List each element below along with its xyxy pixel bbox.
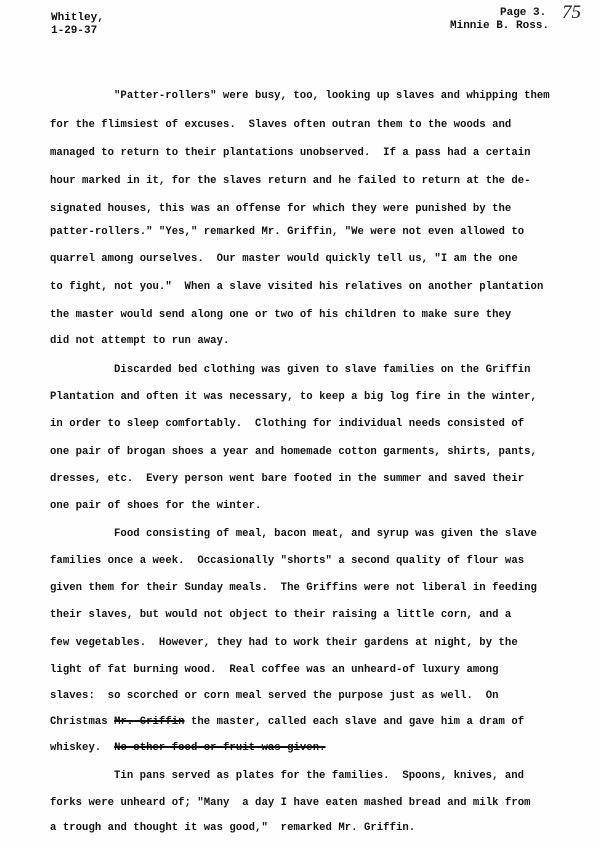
text-line: Discarded bed clothing was given to slav… bbox=[114, 364, 530, 376]
struck-text: No other food or fruit was given. bbox=[114, 742, 325, 754]
text-line: families once a week. Occasionally "shor… bbox=[50, 555, 524, 567]
text-line: dresses, etc. Every person went bare foo… bbox=[50, 473, 524, 485]
text-line: forks were unheard of; "Many a day I hav… bbox=[50, 797, 531, 809]
typed-document-page: Whitley, 1-29-37 Page 3. Minnie B. Ross.… bbox=[0, 0, 600, 847]
text-line: one pair of shoes for the winter. bbox=[50, 500, 261, 512]
header-right: Page 3. Minnie B. Ross. bbox=[450, 7, 549, 33]
text-span: the master, called each slave and gave h… bbox=[185, 716, 525, 728]
text-line: a trough and thought it was good," remar… bbox=[50, 822, 415, 834]
header-date: 1-29-37 bbox=[51, 25, 104, 38]
text-line: Food consisting of meal, bacon meat, and… bbox=[114, 528, 537, 540]
text-line: quarrel among ourselves. Our master woul… bbox=[50, 253, 518, 265]
text-line: patter-rollers." "Yes," remarked Mr. Gri… bbox=[50, 226, 524, 238]
text-line: for the flimsiest of excuses. Slaves oft… bbox=[50, 119, 511, 131]
text-line: slaves: so scorched or corn meal served … bbox=[50, 690, 499, 702]
text-line: whiskey. No other food or fruit was give… bbox=[50, 742, 326, 754]
text-line: signated houses, this was an offense for… bbox=[50, 203, 511, 215]
header-author: Minnie B. Ross. bbox=[450, 20, 549, 33]
text-line: Christmas Mr. Griffin the master, called… bbox=[50, 716, 524, 728]
text-line: "Patter-rollers" were busy, too, looking… bbox=[114, 90, 550, 102]
text-line: the master would send along one or two o… bbox=[50, 309, 511, 321]
handwritten-folio-number: 75 bbox=[562, 2, 581, 24]
text-line: their slaves, but would not object to th… bbox=[50, 609, 511, 621]
text-line: hour marked in it, for the slaves return… bbox=[50, 175, 531, 187]
text-line: managed to return to their plantations u… bbox=[50, 147, 531, 159]
text-line: one pair of brogan shoes a year and home… bbox=[50, 446, 537, 458]
text-line: Plantation and often it was necessary, t… bbox=[50, 391, 537, 403]
text-line: Tin pans served as plates for the famili… bbox=[114, 770, 524, 782]
text-line: given them for their Sunday meals. The G… bbox=[50, 582, 537, 594]
text-line: light of fat burning wood. Real coffee w… bbox=[50, 664, 499, 676]
header-county: Whitley, bbox=[51, 12, 104, 25]
text-line: in order to sleep comfortably. Clothing … bbox=[50, 418, 524, 430]
header-page-number: Page 3. bbox=[450, 7, 549, 20]
text-line: did not attempt to run away. bbox=[50, 335, 229, 347]
text-line: few vegetables. However, they had to wor… bbox=[50, 637, 518, 649]
header-left: Whitley, 1-29-37 bbox=[51, 12, 104, 38]
text-line: to fight, not you." When a slave visited… bbox=[50, 281, 543, 293]
struck-text: Mr. Griffin bbox=[114, 716, 184, 728]
